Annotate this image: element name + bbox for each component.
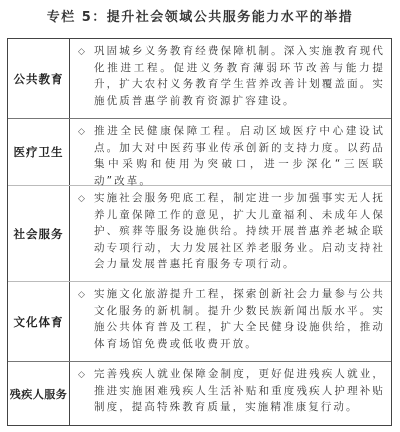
table-row-disability-services: 残疾人服务 ◇ 完善残疾人就业保障金制度，更好促进残疾人就业，推进实施困难残疾人… (8, 361, 391, 425)
category-label: 残疾人服务 (8, 362, 70, 425)
table-row-culture-sports: 文化体育 ◇ 实施文化旅游提升工程，探索创新社会力量参与公共文化服务的新机制。提… (8, 281, 391, 361)
row-text: 推进全民健康保障工程。启动区域医疗中心建设试点。加大对中医药事业传承创新的支持力… (94, 123, 385, 181)
row-text: 完善残疾人就业保障金制度，更好促进残疾人就业，推进实施困难残疾人生活补贴和重度残… (94, 366, 385, 421)
category-label: 医疗卫生 (8, 119, 70, 185)
table-row-social-services: 社会服务 ◇ 实施社会服务兜底工程，制定进一步加强事实无人抚养儿童保障工作的意见… (8, 185, 391, 281)
table-row-healthcare: 医疗卫生 ◇ 推进全民健康保障工程。启动区域医疗中心建设试点。加大对中医药事业传… (8, 118, 391, 185)
row-content: ◇ 完善残疾人就业保障金制度，更好促进残疾人就业，推进实施困难残疾人生活补贴和重… (70, 362, 391, 425)
row-text: 实施社会服务兜底工程，制定进一步加强事实无人抚养儿童保障工作的意见，扩大儿童福利… (94, 190, 385, 277)
box-title: 专栏 5：提升社会领域公共服务能力水平的举措 (0, 6, 400, 25)
row-text: 实施文化旅游提升工程，探索创新社会力量参与公共文化服务的新机制。提升少数民族新闻… (94, 286, 385, 357)
measures-table: 公共教育 ◇ 巩固城乡义务教育经费保障机制。深入实施教育现代化推进工程。促进义务… (7, 38, 392, 426)
category-label: 文化体育 (8, 282, 70, 361)
table-row-public-education: 公共教育 ◇ 巩固城乡义务教育经费保障机制。深入实施教育现代化推进工程。促进义务… (8, 39, 391, 118)
row-content: ◇ 推进全民健康保障工程。启动区域医疗中心建设试点。加大对中医药事业传承创新的支… (70, 119, 391, 185)
diamond-bullet-icon: ◇ (78, 43, 94, 114)
row-text: 巩固城乡义务教育经费保障机制。深入实施教育现代化推进工程。促进义务教育薄弱环节改… (94, 43, 385, 114)
diamond-bullet-icon: ◇ (78, 366, 94, 421)
row-content: ◇ 实施社会服务兜底工程，制定进一步加强事实无人抚养儿童保障工作的意见，扩大儿童… (70, 186, 391, 281)
row-content: ◇ 实施文化旅游提升工程，探索创新社会力量参与公共文化服务的新机制。提升少数民族… (70, 282, 391, 361)
category-label: 公共教育 (8, 39, 70, 118)
diamond-bullet-icon: ◇ (78, 123, 94, 181)
row-content: ◇ 巩固城乡义务教育经费保障机制。深入实施教育现代化推进工程。促进义务教育薄弱环… (70, 39, 391, 118)
diamond-bullet-icon: ◇ (78, 286, 94, 357)
category-label: 社会服务 (8, 186, 70, 281)
diamond-bullet-icon: ◇ (78, 190, 94, 277)
